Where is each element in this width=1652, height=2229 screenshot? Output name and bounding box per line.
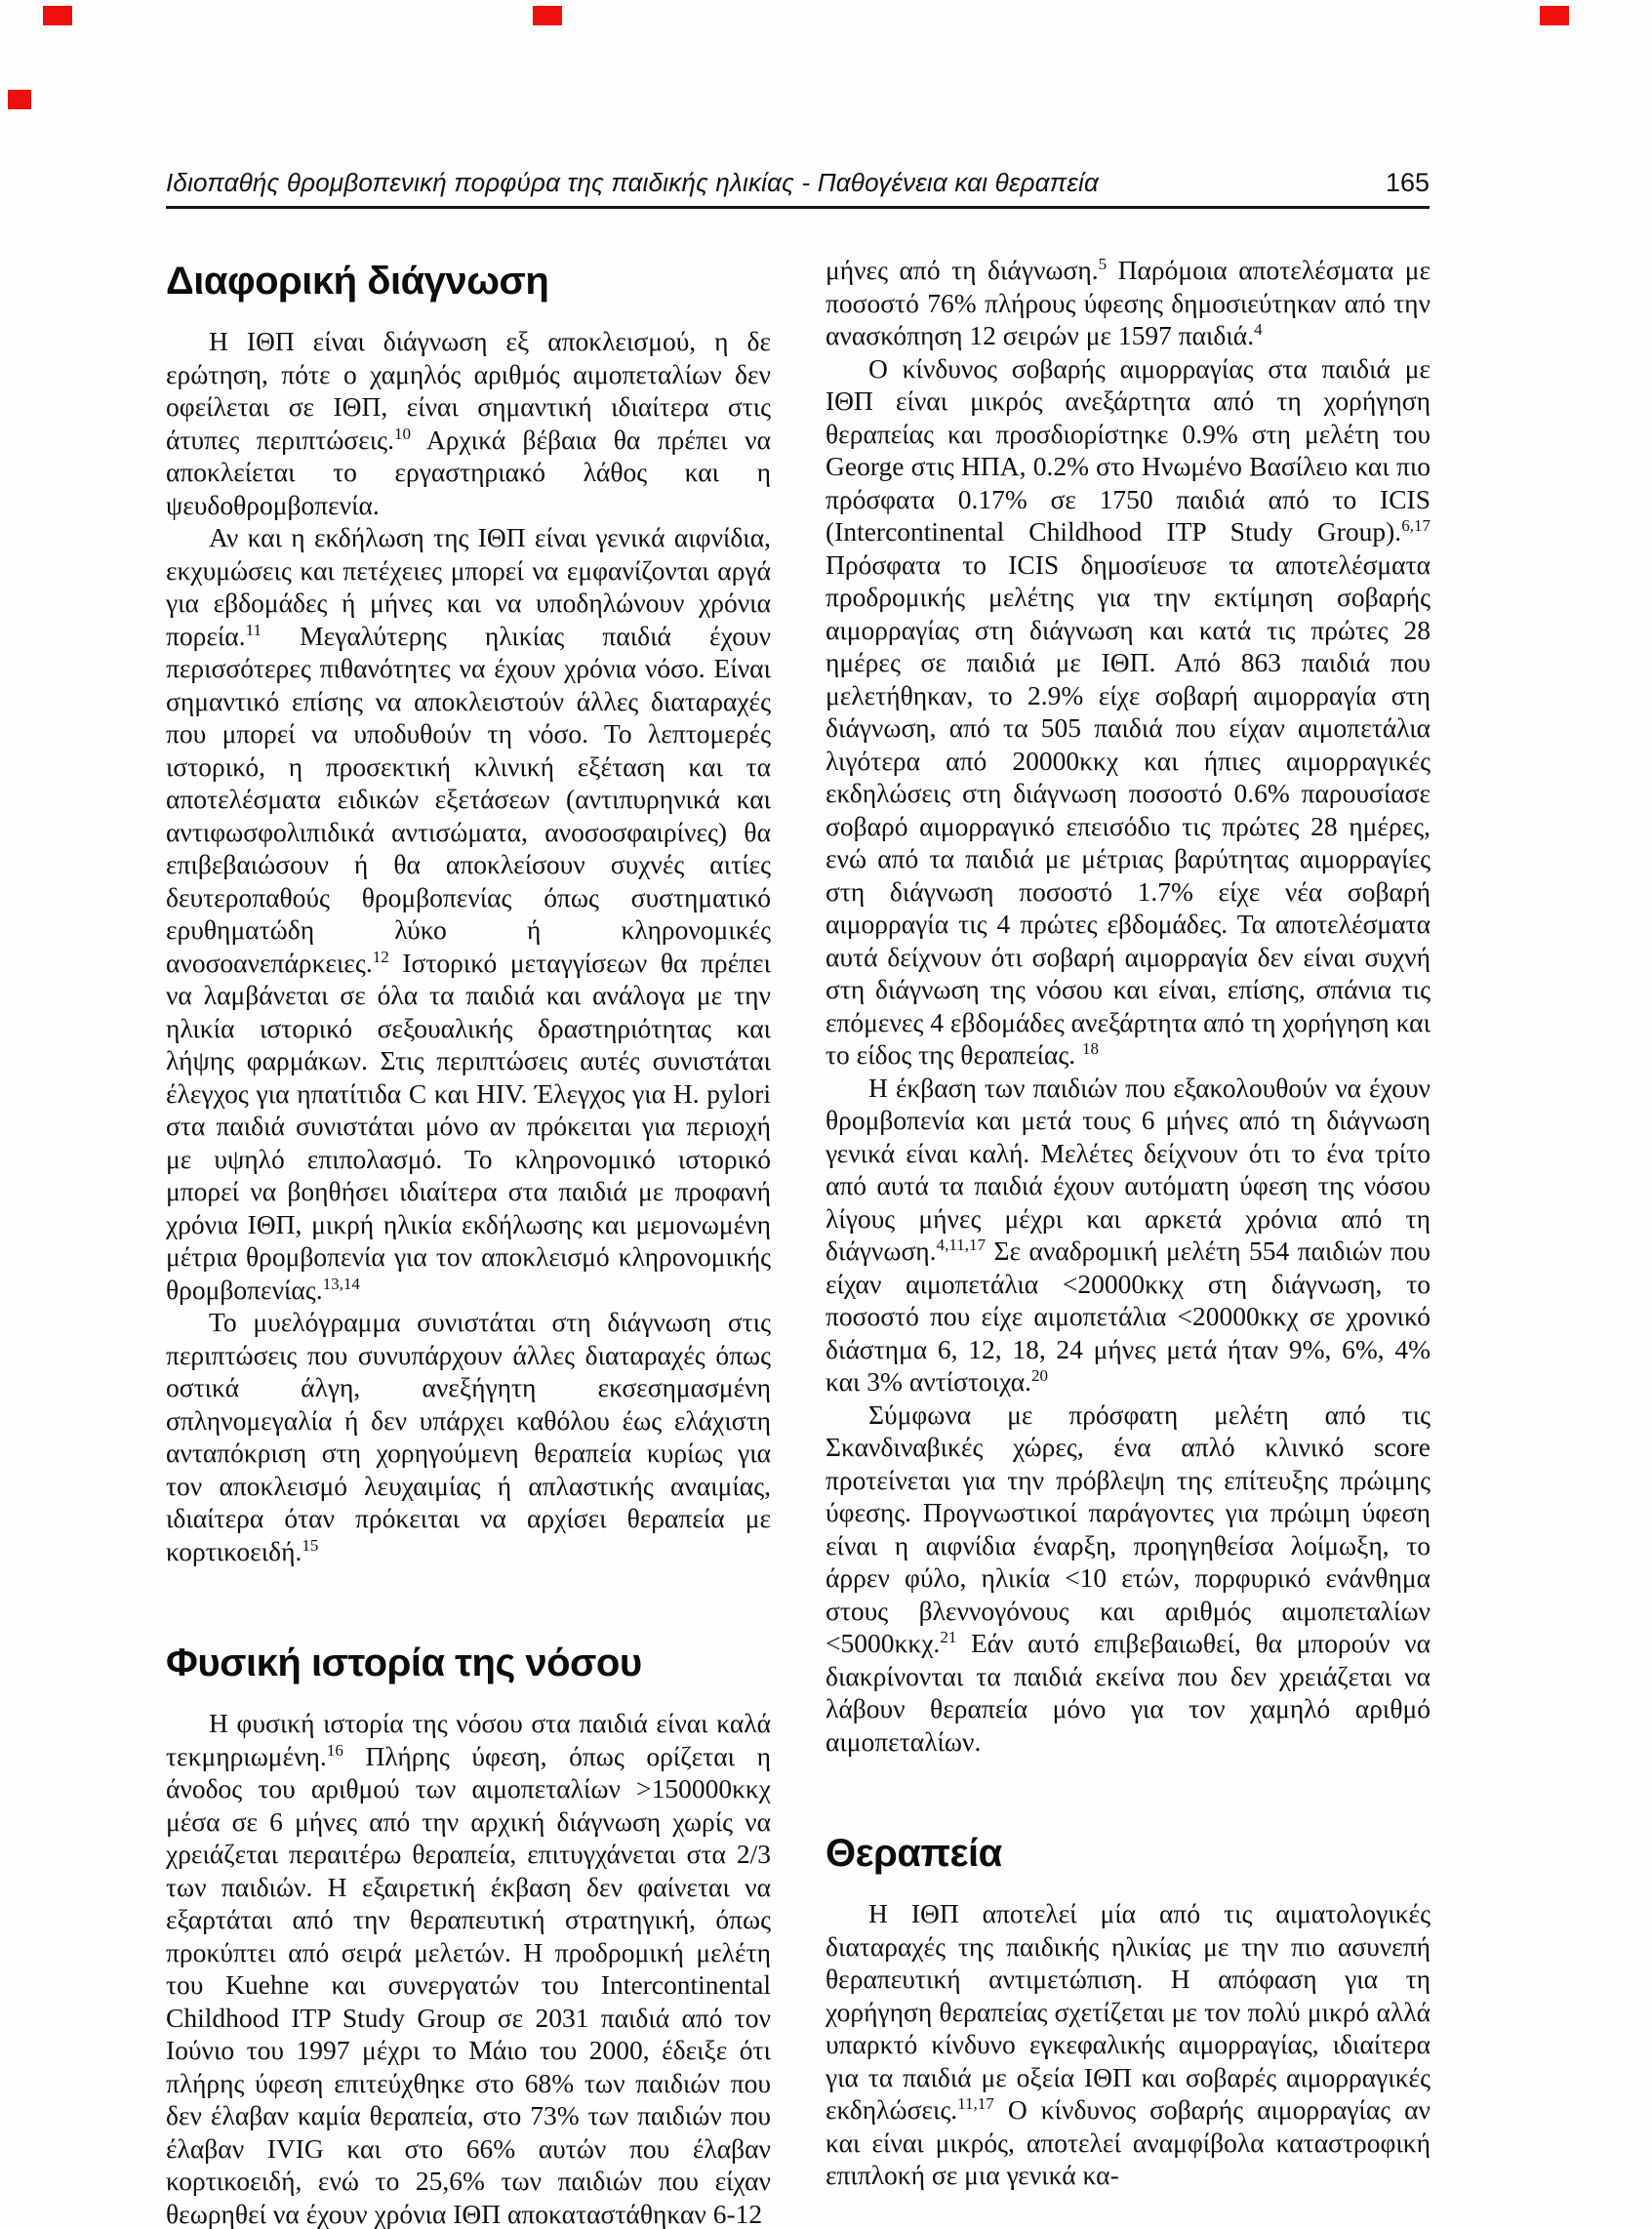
paragraph: μήνες από τη διάγνωση.5 Παρόμοια αποτελέ…	[826, 254, 1430, 352]
reference-superscript: 12	[373, 947, 389, 965]
right-column: μήνες από τη διάγνωση.5 Παρόμοια αποτελέ…	[826, 254, 1430, 2229]
paragraph: Η ΙΘΠ είναι διάγνωση εξ αποκλεισμού, η δ…	[166, 325, 771, 521]
page-number: 165	[1386, 168, 1430, 198]
reference-superscript: 13,14	[323, 1274, 360, 1292]
reference-superscript: 5	[1099, 255, 1108, 273]
reference-superscript: 4,11,17	[937, 1236, 986, 1254]
reference-superscript: 11,17	[957, 2094, 994, 2113]
reference-superscript: 20	[1031, 1366, 1048, 1385]
reference-superscript: 21	[940, 1628, 956, 1646]
running-title: Ιδιοπαθής θρομβοπενική πορφύρα της παιδι…	[166, 168, 1099, 198]
section-heading: Θεραπεία	[826, 1832, 1430, 1876]
reference-superscript: 15	[302, 1535, 318, 1554]
paragraph: Η ΙΘΠ αποτελεί μία από τις αιματολογικές…	[826, 1897, 1430, 2192]
scan-artifact	[1540, 6, 1569, 25]
section-heading: Διαφορική διάγνωση	[166, 260, 771, 304]
left-column: Διαφορική διάγνωσηΗ ΙΘΠ είναι διάγνωση ε…	[166, 254, 771, 2229]
section-heading: Φυσική ιστορία της νόσου	[166, 1641, 771, 1685]
paragraph: Αν και η εκδήλωση της ΙΘΠ είναι γενικά α…	[166, 521, 771, 1306]
scan-artifact	[533, 6, 562, 25]
paragraph: Σύμφωνα με πρόσφατη μελέτη από τις Σκανδ…	[826, 1398, 1430, 1759]
reference-superscript: 16	[327, 1740, 343, 1759]
header-rule	[166, 206, 1430, 209]
running-head: Ιδιοπαθής θρομβοπενική πορφύρα της παιδι…	[166, 0, 1430, 198]
reference-superscript: 11	[246, 620, 262, 638]
journal-page: Ιδιοπαθής θρομβοπενική πορφύρα της παιδι…	[0, 0, 1652, 2229]
paragraph: Η φυσική ιστορία της νόσου στα παιδιά εί…	[166, 1707, 771, 2229]
reference-superscript: 10	[394, 424, 411, 442]
scan-artifact	[8, 90, 31, 109]
scan-artifact	[43, 6, 72, 25]
text-columns: Διαφορική διάγνωσηΗ ΙΘΠ είναι διάγνωση ε…	[166, 254, 1430, 2229]
reference-superscript: 18	[1082, 1039, 1099, 1058]
paragraph: Η έκβαση των παιδιών που εξακολουθούν να…	[826, 1072, 1430, 1398]
reference-superscript: 4	[1254, 320, 1263, 339]
reference-superscript: 6,17	[1401, 516, 1430, 535]
paragraph: Το μυελόγραμμα συνιστάται στη διάγνωση σ…	[166, 1306, 771, 1567]
paragraph: Ο κίνδυνος σοβαρής αιμορραγίας στα παιδι…	[826, 352, 1430, 1072]
